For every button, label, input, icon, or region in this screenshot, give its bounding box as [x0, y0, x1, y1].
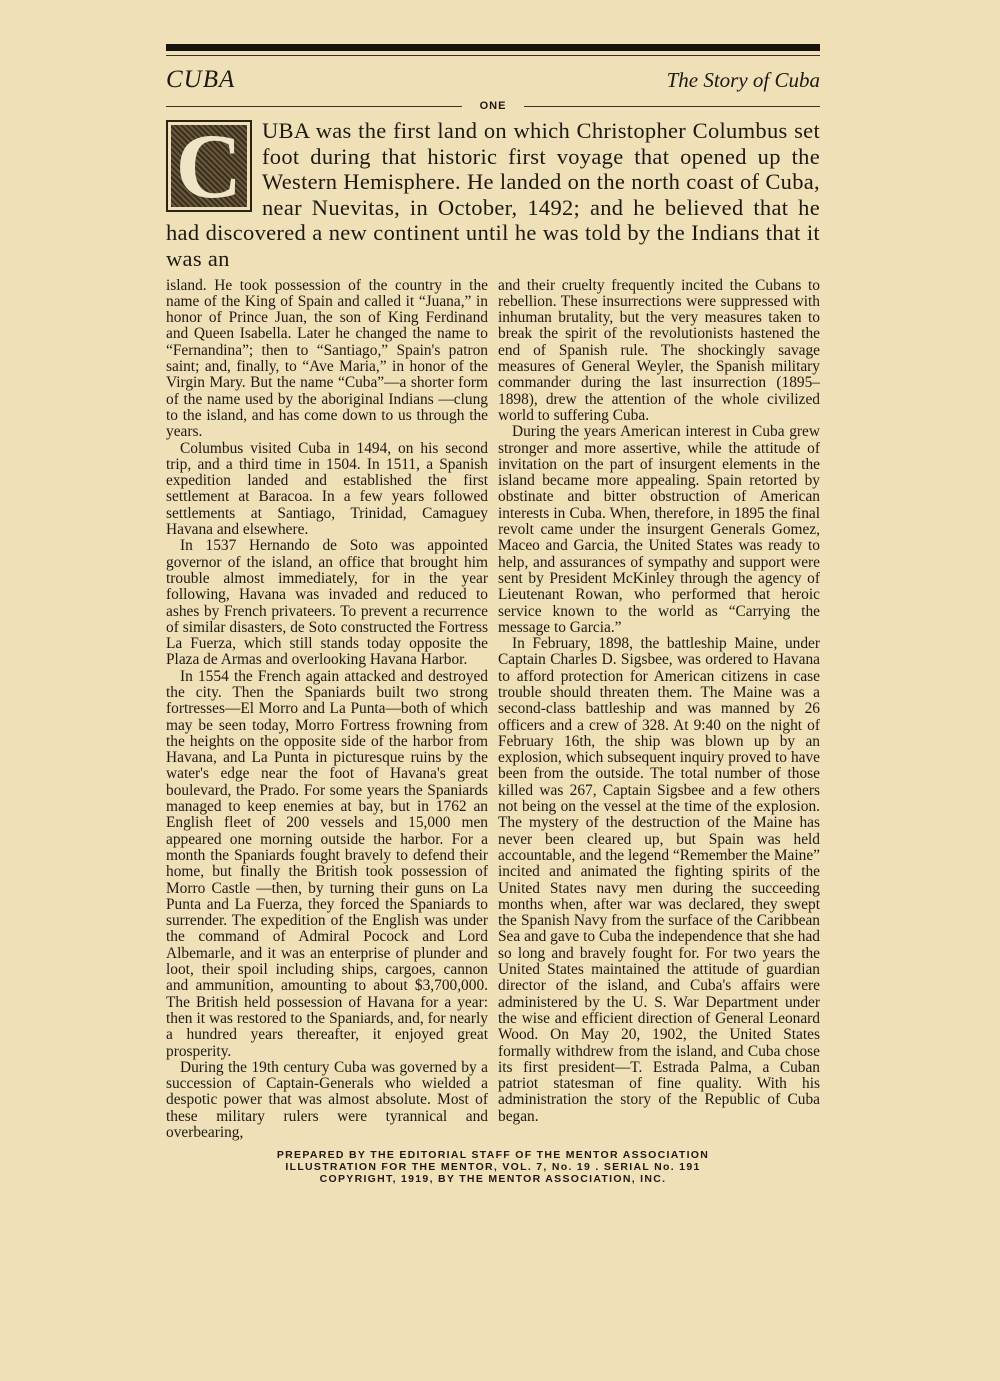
- paragraph: During the 19th century Cuba was governe…: [166, 1060, 488, 1141]
- drop-cap-letter: C: [171, 125, 247, 207]
- divider-line-left: [166, 106, 462, 107]
- article-page: CUBA The Story of Cuba ONE C UBA was the…: [166, 44, 820, 1185]
- paragraph: island. He took possession of the countr…: [166, 278, 488, 441]
- top-thin-rule: [166, 55, 820, 56]
- paragraph: In 1554 the French again attacked and de…: [166, 669, 488, 1060]
- section-number: ONE: [462, 100, 525, 112]
- article-columns: island. He took possession of the countr…: [166, 278, 820, 1142]
- drop-cap-ornament: C: [166, 120, 252, 212]
- credits-footer: PREPARED BY THE EDITORIAL STAFF OF THE M…: [166, 1149, 820, 1185]
- footer-prepared-by: PREPARED BY THE EDITORIAL STAFF OF THE M…: [166, 1149, 820, 1161]
- right-column: and their cruelty frequently incited the…: [498, 278, 820, 1142]
- left-column: island. He took possession of the countr…: [166, 278, 488, 1142]
- paragraph: Columbus visited Cuba in 1494, on his se…: [166, 441, 488, 539]
- intro-text: UBA was the first land on which Christop…: [166, 118, 820, 271]
- header-left-title: CUBA: [166, 66, 235, 94]
- paragraph: During the years American interest in Cu…: [498, 424, 820, 636]
- paragraph: and their cruelty frequently incited the…: [498, 278, 820, 425]
- footer-copyright: COPYRIGHT, 1919, BY THE MENTOR ASSOCIATI…: [166, 1173, 820, 1185]
- divider-line-right: [524, 106, 820, 107]
- intro-paragraph: C UBA was the first land on which Christ…: [166, 118, 820, 272]
- section-divider: ONE: [166, 100, 820, 112]
- running-header: CUBA The Story of Cuba: [166, 66, 820, 98]
- paragraph: In 1537 Hernando de Soto was appointed g…: [166, 538, 488, 668]
- footer-illustration-ref: ILLUSTRATION FOR THE MENTOR, VOL. 7, No.…: [166, 1161, 820, 1173]
- header-right-title: The Story of Cuba: [667, 68, 820, 93]
- top-thick-rule: [166, 44, 820, 51]
- paragraph: In February, 1898, the battleship Maine,…: [498, 636, 820, 1125]
